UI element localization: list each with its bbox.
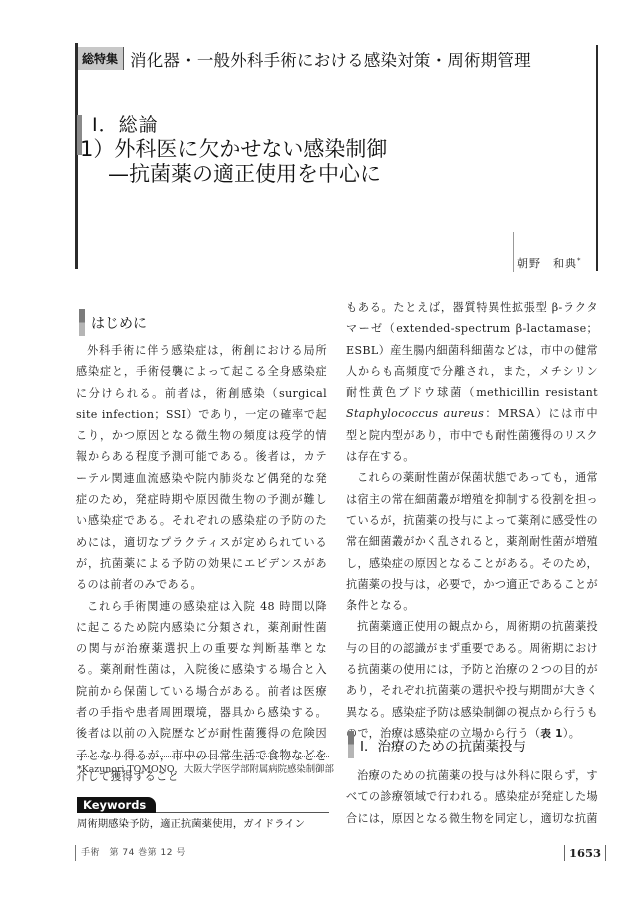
paragraph: 外科手術に伴う感染症は，術創における局所感染症と，手術侵襲によって起こる全身感染… — [76, 340, 327, 596]
title-line-3: —抗菌薬の適正使用を中心に — [88, 162, 387, 187]
author-rule — [513, 232, 514, 272]
heading-marker — [79, 309, 85, 336]
feature-title: 消化器・一般外科手術における感染対策・周術期管理 — [130, 47, 531, 71]
text-run: ）。 — [563, 727, 580, 740]
keywords-list: 周術期感染予防，適正抗菌薬使用，ガイドライン — [77, 815, 329, 830]
paragraph: 抗菌薬適正使用の観点から，周術期の抗菌薬投与の目的の認識がまず重要である。周術期… — [346, 616, 598, 745]
author: 朝野 和典* — [517, 255, 582, 271]
table-reference-link[interactable]: 表 1 — [540, 728, 563, 740]
title-line-1: Ⅰ．総論 — [88, 114, 387, 137]
feature-tag: 総特集 — [78, 47, 124, 70]
left-column: 外科手術に伴う感染症は，術創における局所感染症と，手術侵襲によって起こる全身感染… — [76, 340, 327, 787]
paragraph: 治療のための抗菌薬の投与は外科に限らず，すべての診療領域で行われる。感染症が発症… — [346, 765, 598, 829]
author-name: 朝野 和典 — [517, 257, 577, 270]
author-footnote-mark: * — [577, 256, 582, 264]
right-column: もある。たとえば，器質特異性拡張型 β-ラクタマーゼ（extended-spec… — [346, 297, 598, 745]
heading-marker — [348, 731, 354, 758]
journal-info: 手術 第 74 巻第 12 号 — [75, 845, 186, 861]
article-title: Ⅰ．総論 1）外科医に欠かせない感染制御 —抗菌薬の適正使用を中心に — [88, 114, 387, 187]
heading-text: はじめに — [91, 313, 147, 333]
section-heading-treatment: Ⅰ．治療のための抗菌薬投与 — [348, 731, 526, 758]
text-run: 抗菌薬適正使用の観点から，周術期の抗菌薬投与の目的の認識がまず重要である。周術期… — [346, 620, 598, 739]
feature-bar: 総特集 消化器・一般外科手術における感染対策・周術期管理 — [78, 47, 531, 70]
heading-text: Ⅰ．治療のための抗菌薬投与 — [360, 735, 526, 755]
species-name: Staphylococcus aureus — [346, 407, 484, 420]
title-line-2: 1）外科医に欠かせない感染制御 — [80, 137, 387, 162]
right-column-lower: 治療のための抗菌薬の投与は外科に限らず，すべての診療領域で行われる。感染症が発症… — [346, 765, 598, 829]
page-number: 1653 — [564, 845, 606, 861]
section-heading-intro: はじめに — [79, 309, 147, 336]
header-frame-left-rule — [75, 43, 78, 269]
author-affiliation-footnote: *Kazunori TOMONO，大阪大学医学部附属病院感染制御部 — [77, 763, 335, 776]
paragraph-continued: もある。たとえば，器質特異性拡張型 β-ラクタマーゼ（extended-spec… — [346, 297, 598, 467]
keywords-label: Keywords — [77, 797, 156, 813]
footnote-divider — [77, 756, 329, 757]
paragraph: これらの薬耐性菌が保菌状態であっても，通常は宿主の常在細菌叢が増殖を抑制する役割… — [346, 467, 598, 616]
header-frame-right-rule — [596, 45, 598, 271]
paragraph: これら手術関連の感染症は入院 48 時間以降に起こるため院内感染に分類され，薬剤… — [76, 596, 327, 788]
keywords-box: Keywords 周術期感染予防，適正抗菌薬使用，ガイドライン — [77, 794, 329, 830]
text-run: もある。たとえば，器質特異性拡張型 β-ラクタマーゼ（extended-spec… — [346, 301, 598, 399]
